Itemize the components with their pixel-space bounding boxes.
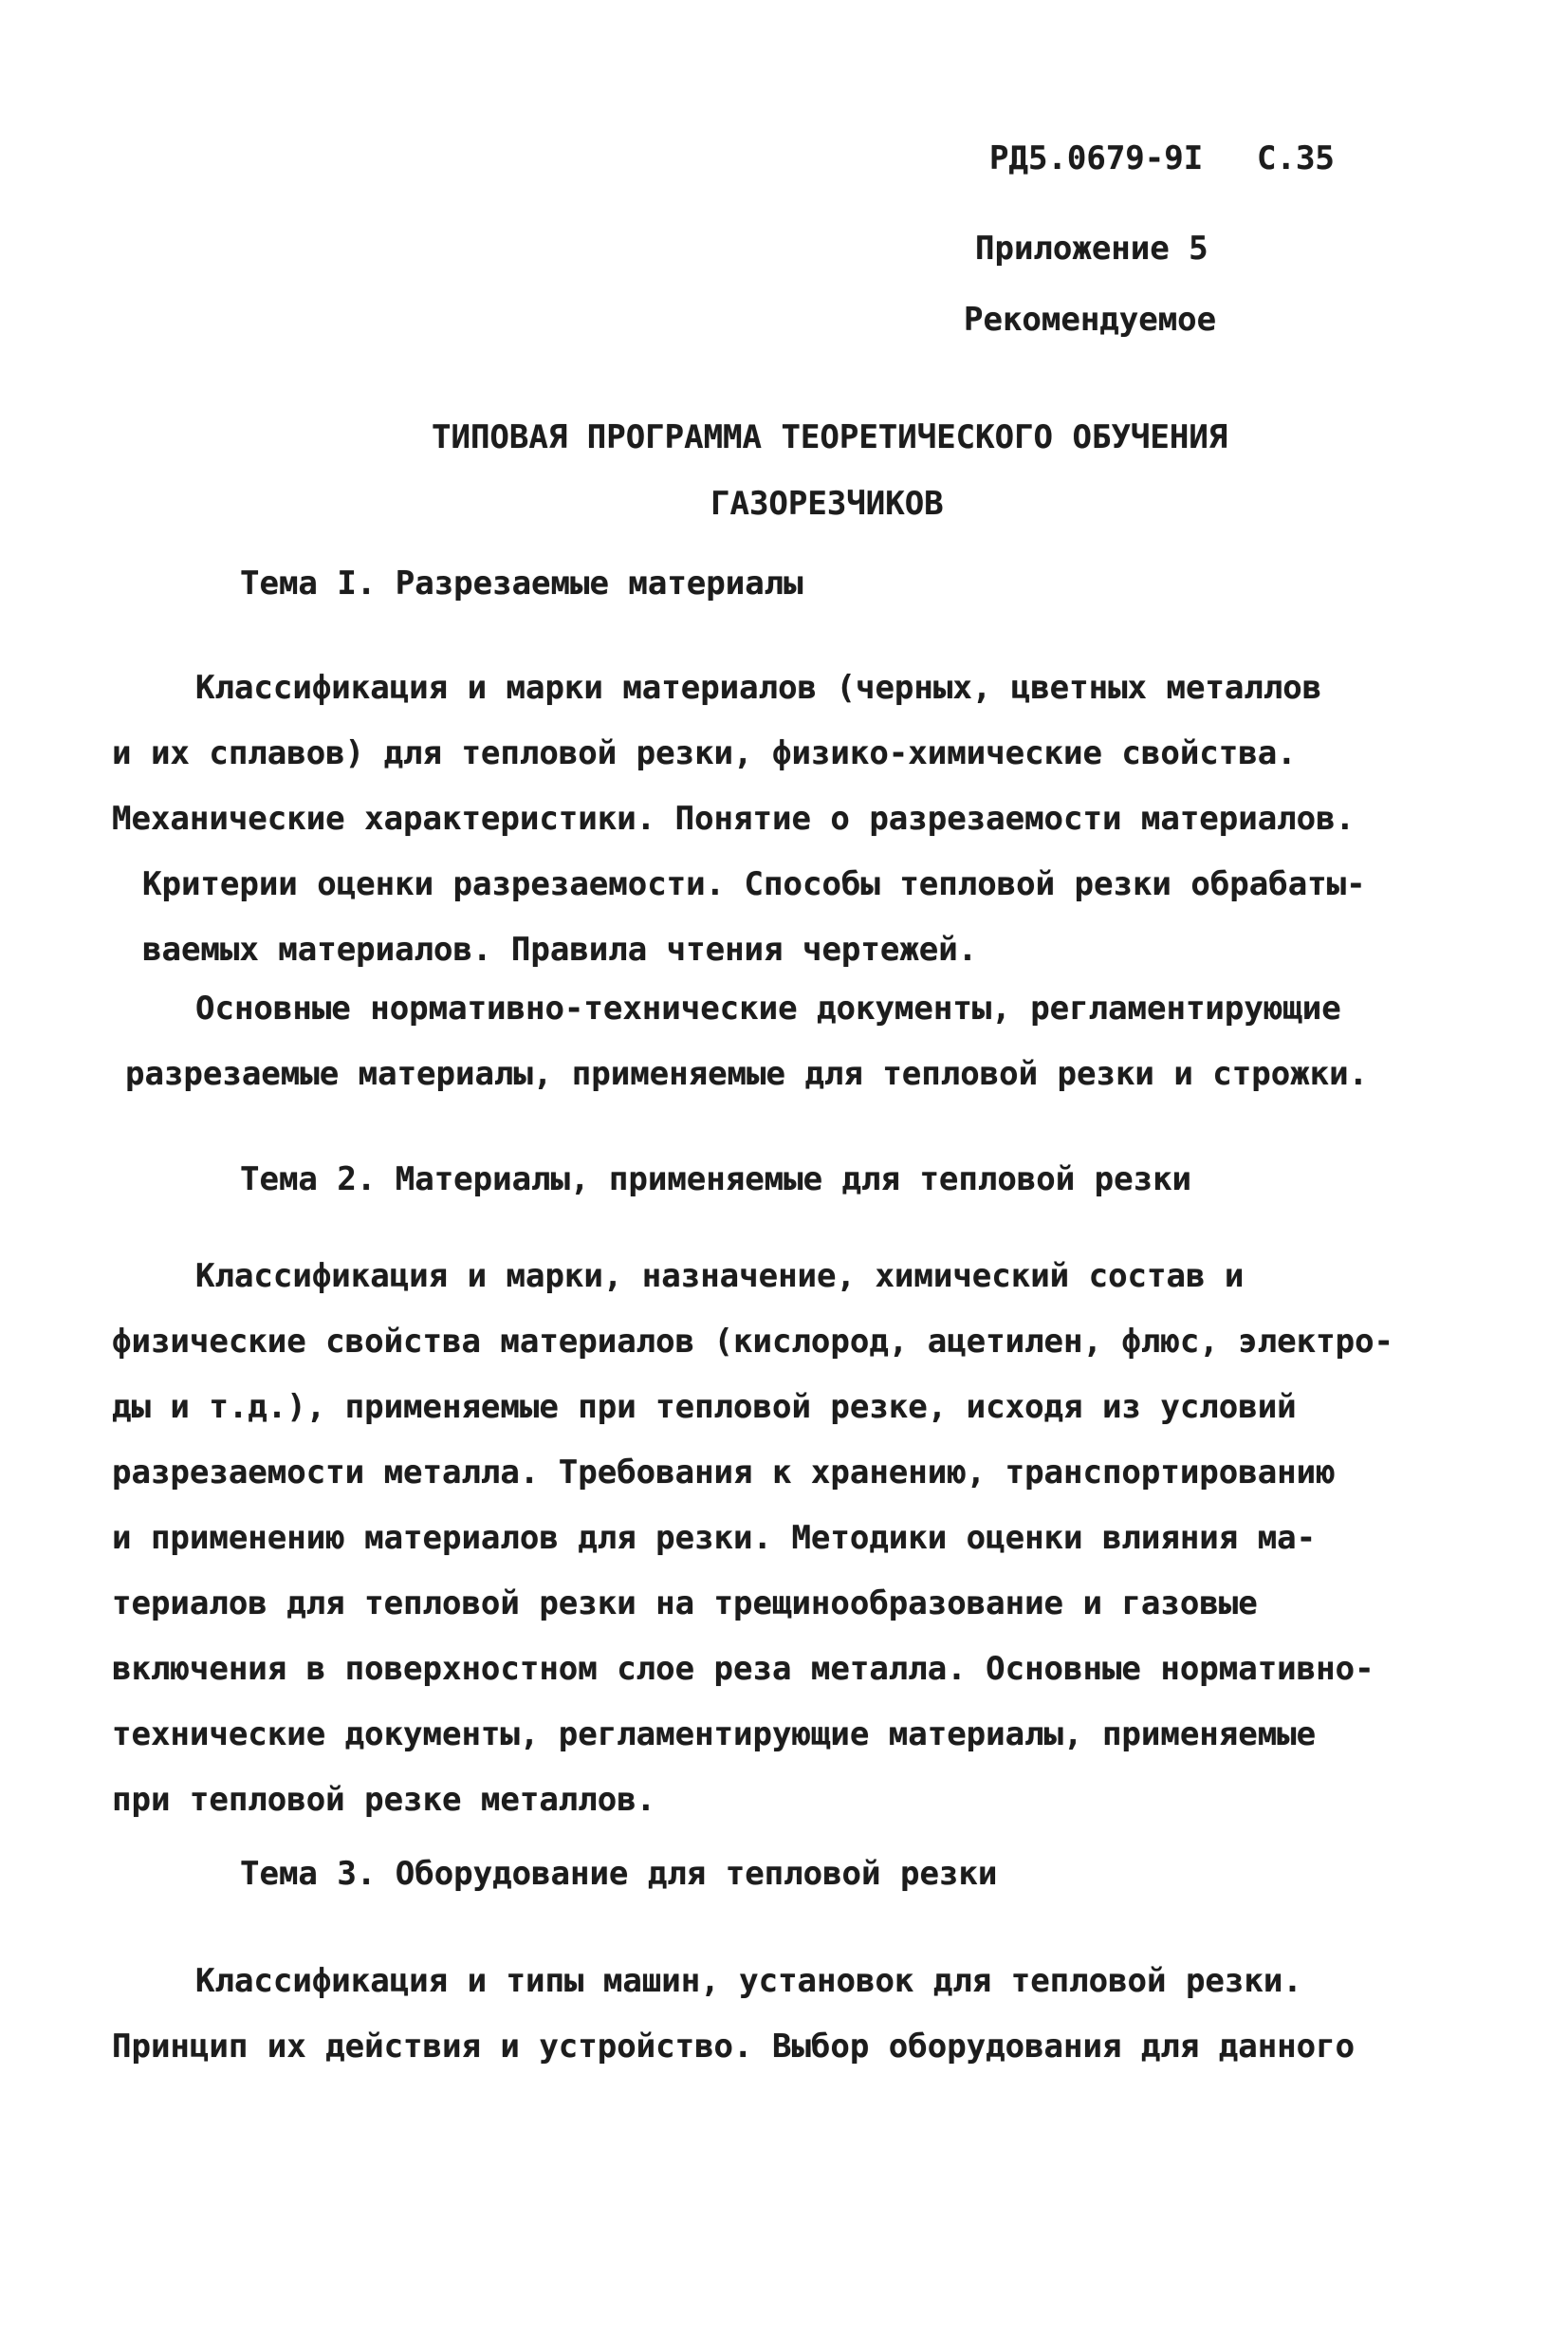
page-number: С.35 <box>1257 139 1335 177</box>
section-heading-2: Тема 2. Материалы, применяемые для тепло… <box>240 1159 1191 1199</box>
paragraph: Классификация и типы машин, установок дл… <box>112 1949 1497 2080</box>
paragraph-line: Принцип их действия и устройство. Выбор … <box>112 2014 1497 2080</box>
paragraph: Классификация и марки материалов (черных… <box>112 656 1497 983</box>
annex-label: Приложение 5 <box>975 230 1208 268</box>
paragraph-line: физические свойства материалов (кислород… <box>112 1309 1497 1375</box>
doc-number: РД5.0679-9I <box>989 139 1203 177</box>
paragraph-line: разрезаемые материалы, применяемые для т… <box>112 1042 1497 1107</box>
paragraph-line: Классификация и типы машин, установок дл… <box>112 1949 1497 2014</box>
recommended-label: Рекомендуемое <box>964 301 1216 339</box>
paragraph-line: ваемых материалов. Правила чтения чертеж… <box>112 917 1497 983</box>
section-heading-1: Тема I. Разрезаемые материалы <box>240 564 803 603</box>
paragraph-line: ды и т.д.), применяемые при тепловой рез… <box>112 1375 1497 1440</box>
paragraph-line: при тепловой резке металлов. <box>112 1768 1497 1833</box>
paragraph: Классификация и марки, назначение, химич… <box>112 1244 1497 1833</box>
paragraph-line: териалов для тепловой резки на трещинооб… <box>112 1571 1497 1637</box>
paragraph-line: Классификация и марки материалов (черных… <box>112 656 1497 721</box>
paragraph-line: Классификация и марки, назначение, химич… <box>112 1244 1497 1309</box>
section-heading-3: Тема 3. Оборудование для тепловой резки <box>240 1854 997 1894</box>
document-page: РД5.0679-9I С.35 Приложение 5 Рекомендуе… <box>0 0 1568 2352</box>
page-title-line-2: ГАЗОРЕЗЧИКОВ <box>710 485 944 523</box>
paragraph-line: и применению материалов для резки. Метод… <box>112 1506 1497 1571</box>
paragraph-line: Основные нормативно-технические документ… <box>112 976 1497 1042</box>
paragraph-line: включения в поверхностном слое реза мета… <box>112 1637 1497 1702</box>
page-title-line-1: ТИПОВАЯ ПРОГРАММА ТЕОРЕТИЧЕСКОГО ОБУЧЕНИ… <box>432 418 1227 456</box>
paragraph-line: разрезаемости металла. Требования к хран… <box>112 1440 1497 1506</box>
paragraph-line: Критерии оценки разрезаемости. Способы т… <box>112 852 1497 917</box>
paragraph-line: и их сплавов) для тепловой резки, физико… <box>112 721 1497 787</box>
paragraph-line: Механические характеристики. Понятие о р… <box>112 787 1497 852</box>
paragraph: Основные нормативно-технические документ… <box>112 976 1497 1107</box>
paragraph-line: технические документы, регламентирующие … <box>112 1702 1497 1768</box>
